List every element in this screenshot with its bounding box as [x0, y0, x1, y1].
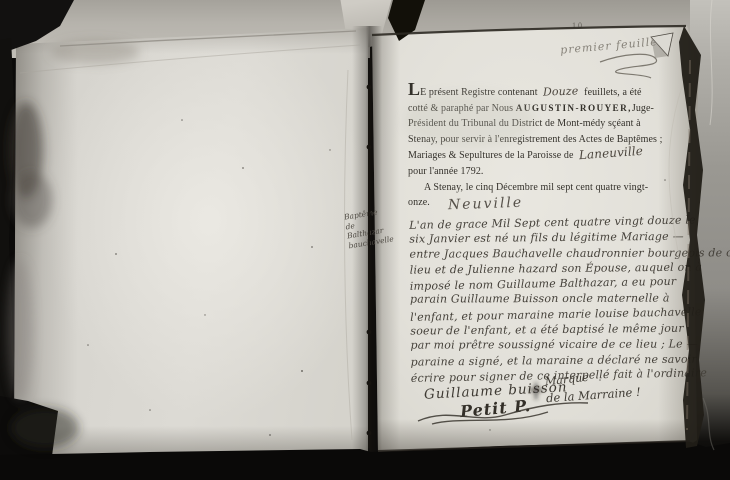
scan-edge-left	[0, 38, 15, 460]
baptism-entry-text: L'an de grace Mil Sept cent quatre vingt…	[409, 213, 711, 384]
notice-line-2: cotté & paraphé par Nous AUGUSTIN-ROUYER…	[408, 101, 684, 117]
printed-notice: LE présent Registre contenant Douze feui…	[408, 82, 684, 211]
left-page-edge-shading	[14, 28, 78, 456]
notice-line-5-pre: Mariages & Sepultures de la Paroisse de	[408, 150, 574, 161]
notice-line-1-pre: LE présent Registre contenant	[408, 87, 538, 98]
left-blank-page	[14, 28, 368, 456]
notice-line-5: Mariages & Sepultures de la Paroisse de …	[408, 147, 684, 164]
left-page-bottom-shading	[14, 426, 368, 456]
notice-line-2-pre: cotté & paraphé par Nous	[408, 103, 513, 114]
entry-line: entre Jacques Bauchavelle chaudronnier b…	[409, 245, 709, 262]
notice-line-3: Président du Tribunal du District de Mon…	[408, 116, 684, 132]
handwritten-fill-douze: Douze	[540, 83, 582, 100]
section-header: Neuville	[448, 195, 524, 214]
notice-line-1: LE présent Registre contenant Douze feui…	[408, 82, 684, 101]
notice-line-6: pour l'année 1792.	[408, 164, 684, 180]
page-edge-mark: 10	[572, 21, 584, 30]
entry-line: par moi prêtre soussigné vicaire de ce l…	[410, 337, 710, 354]
handwritten-fill-parish: Laneuville	[576, 144, 647, 164]
scanned-register-page: premier feuillet 10 LE présent Registre …	[0, 0, 730, 480]
judge-name: AUGUSTIN-ROUYER,	[516, 103, 632, 113]
right-page-bottom-shading	[370, 419, 700, 452]
notice-line-1-post: feuillets, a été	[584, 87, 641, 98]
notice-line-7: A Stenay, le cinq Décembre mil sept cent…	[408, 180, 684, 196]
notice-line-2-post: Juge-	[632, 103, 654, 114]
